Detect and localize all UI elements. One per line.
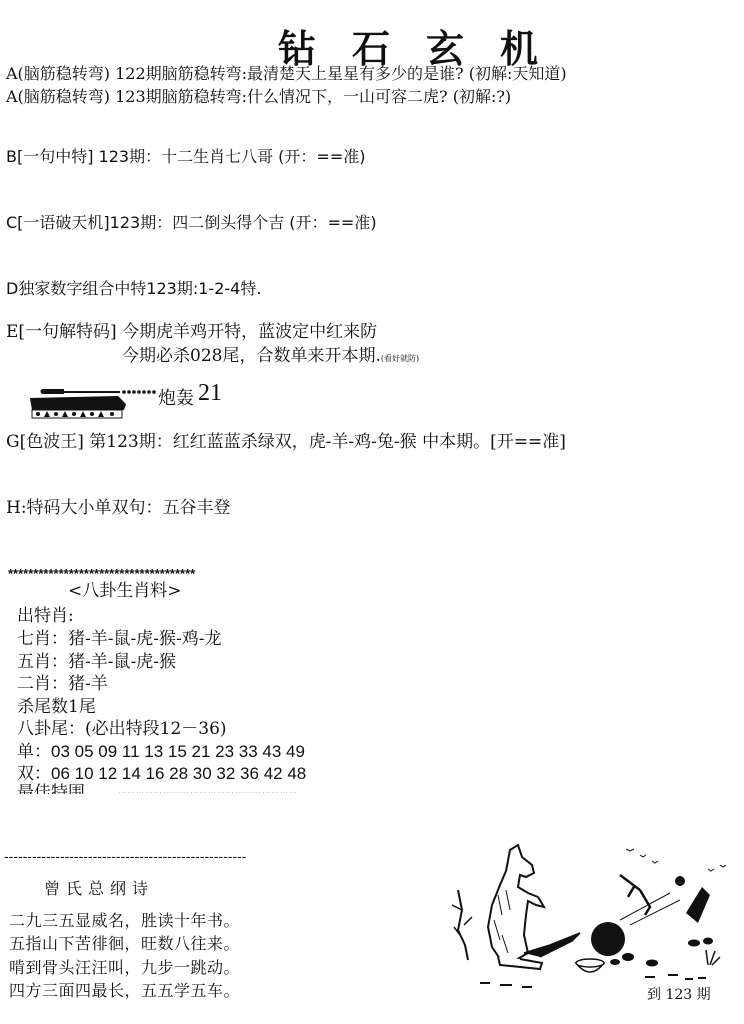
section-h-size-parity: H:特码大小单双句：五谷丰登 [6,497,231,519]
tank-icon [28,384,158,420]
section-b-one-phrase: B[一句中特] 123期：十二生肖七八哥 (开：==准) [6,146,365,168]
best-range-faded: …………………………………………………… [118,786,298,795]
odd-numbers-row: 单：03 05 09 11 13 15 21 23 33 43 49 [17,741,305,764]
poem-line-1: 五指山下苦徘徊，旺数八往来。 [9,932,240,956]
dashed-divider: ----------------------------------------… [4,848,246,864]
poem-line-3: 四方三面四最长，五五学五车。 [9,979,240,1003]
even-numbers: 06 10 12 14 16 28 30 32 36 42 48 [51,764,306,783]
poem-line-0: 二九三五显威名，胜读十年书。 [9,909,240,933]
section-e-line1: E[一句解特码] 今期虎羊鸡开特，蓝波定中红来防 [6,321,377,343]
section-d-number-combo: D独家数字组合中特123期:1-2-4特. [6,278,261,300]
section-e-line2: 今期必杀028尾，合数单来开本期.(看好就防) [122,345,419,370]
best-range-row-cutoff: 最佳特围 [17,782,85,794]
bagua-line-3: 二肖：猪-羊 [17,673,108,696]
best-range-label: 最佳特围 [17,782,85,794]
section-c-oracle: C[一语破天机]123期：四二倒头得个吉 (开：==准) [6,212,377,234]
section-g-color-wave: G[色波王] 第123期：红红蓝蓝杀绿双，虎-羊-鸡-兔-猴 中本期。[开==准… [6,431,566,453]
poem-title: 曾氏总纲诗 [44,876,154,899]
section-e-note: (看好就防) [381,354,419,363]
bagua-line-5: 八卦尾：(必出特段12－36) [17,718,227,741]
odd-label: 单： [17,742,51,762]
bagua-title: <八卦生肖料> [68,580,182,603]
section-e-line2-text: 今期必杀028尾，合数单来开本期. [122,346,381,366]
illustration-caption: 到 123 期 [647,984,711,1004]
bagua-line-2: 五肖：猪-羊-鼠-虎-猴 [17,651,176,674]
poem-line-2: 啃到骨头汪汪叫，九步一跳动。 [9,956,240,980]
star-divider: ************************************* [8,566,195,581]
riddle-line-123: A(脑筋稳转弯) 123期脑筋稳转弯:什么情况下，一山可容二虎? (初解:?) [6,87,511,107]
bagua-line-4: 杀尾数1尾 [17,696,96,719]
tank-label: 炮轰 [158,384,194,410]
bagua-line-1: 七肖：猪-羊-鼠-虎-猴-鸡-龙 [17,628,221,651]
bagua-line-0: 出特肖: [17,605,74,628]
kangaroo-scene-icon [440,835,740,995]
tank-number: 21 [198,380,222,407]
even-label: 双： [17,764,51,784]
odd-numbers: 03 05 09 11 13 15 21 23 33 43 49 [51,742,305,761]
riddle-line-122: A(脑筋稳转弯) 122期脑筋稳转弯:最清楚天上星星有多少的是谁? (初解:天知… [6,64,567,84]
kangaroo-illustration [440,835,740,995]
